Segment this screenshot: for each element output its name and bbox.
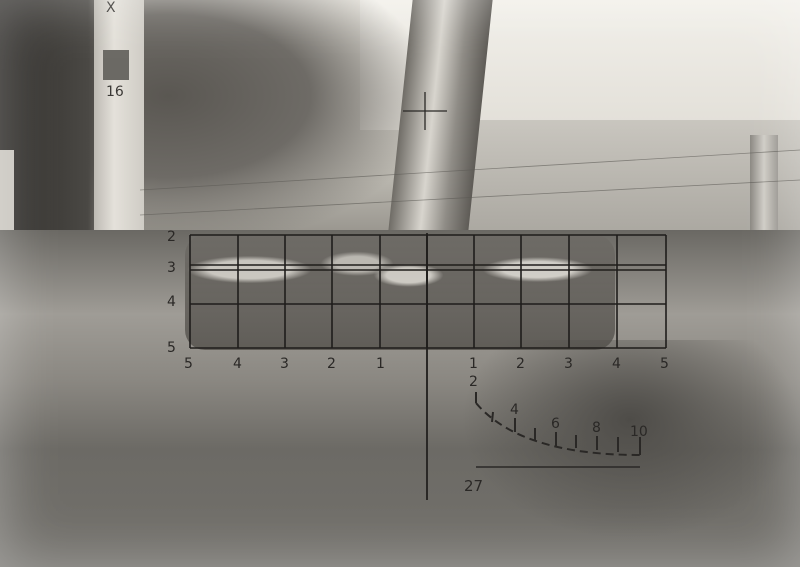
svg-text:4: 4 (167, 294, 176, 310)
svg-text:5: 5 (184, 356, 193, 372)
svg-text:3: 3 (564, 356, 573, 372)
svg-text:2: 2 (516, 356, 525, 372)
crosshair-icon (403, 92, 447, 130)
reticle-labels: 23455432112345246810 (167, 229, 669, 440)
svg-text:1: 1 (469, 356, 478, 372)
svg-text:1: 1 (376, 356, 385, 372)
svg-text:3: 3 (280, 356, 289, 372)
barbed-wire (140, 150, 800, 215)
svg-text:10: 10 (630, 424, 648, 440)
svg-text:2: 2 (469, 374, 478, 390)
range-value: 27 (464, 477, 483, 495)
svg-text:2: 2 (167, 229, 176, 245)
svg-text:4: 4 (233, 356, 242, 372)
photograph: X 16 23455432112345246810 27 (0, 0, 800, 567)
svg-text:8: 8 (592, 420, 601, 436)
svg-text:2: 2 (327, 356, 336, 372)
svg-text:4: 4 (612, 356, 621, 372)
gunsight-reticle: 23455432112345246810 27 (0, 0, 800, 567)
svg-text:5: 5 (660, 356, 669, 372)
svg-text:3: 3 (167, 260, 176, 276)
svg-text:5: 5 (167, 340, 176, 356)
svg-text:6: 6 (551, 416, 560, 432)
svg-text:4: 4 (510, 402, 519, 418)
